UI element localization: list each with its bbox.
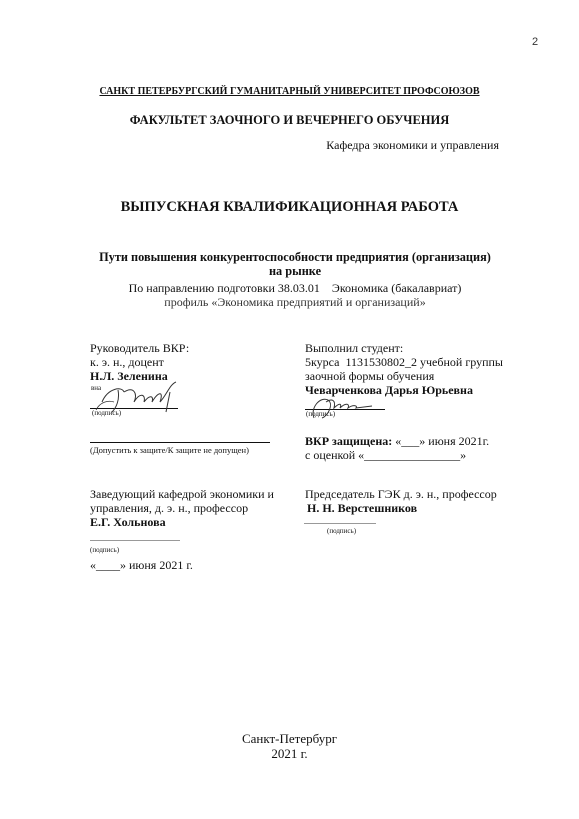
faculty-name: ФАКУЛЬТЕТ ЗАОЧНОГО И ВЕЧЕРНЕГО ОБУЧЕНИЯ — [0, 113, 579, 128]
student-study-form: заочной формы обучения — [305, 369, 503, 383]
supervisor-signature-caption: (подпись) — [92, 409, 121, 417]
student-block: Выполнил студент: 5курса 1131530802_2 уч… — [305, 341, 503, 397]
student-signature-caption: (подпись) — [306, 410, 335, 418]
student-label: Выполнил студент: — [305, 341, 503, 355]
university-name: САНКТ ПЕТЕРБУРГСКИЙ ГУМАНИТАРНЫЙ УНИВЕРС… — [0, 86, 579, 97]
student-course-group: 5курса 1131530802_2 учебной группы — [305, 355, 503, 369]
head-of-department-block: Заведующий кафедрой экономики и управлен… — [90, 487, 274, 529]
supervisor-label: Руководитель ВКР: — [90, 341, 189, 355]
head-signature-line — [90, 540, 180, 541]
defense-block: ВКР защищена: «___» июня 2021г. с оценко… — [305, 434, 489, 462]
supervisor-block: Руководитель ВКР: к. э. н., доцент Н.Л. … — [90, 341, 189, 383]
supervisor-degree: к. э. н., доцент — [90, 355, 189, 369]
document-title: ВЫПУСКНАЯ КВАЛИФИКАЦИОННАЯ РАБОТА — [0, 199, 579, 216]
defense-label: ВКР защищена: — [305, 434, 392, 448]
study-direction: По направлению подготовки 38.03.01 Эконо… — [60, 281, 530, 295]
defense-date: «___» июня 2021г. — [395, 434, 489, 448]
chair-title: Председатель ГЭК д. э. н., профессор — [305, 487, 497, 501]
admission-line — [90, 442, 270, 443]
head-title-line2: управления, д. э. н., профессор — [90, 501, 274, 515]
chair-signature-caption: (подпись) — [327, 527, 356, 535]
department-name: Кафедра экономики и управления — [326, 138, 499, 153]
page-number: 2 — [532, 36, 538, 48]
head-title-line1: Заведующий кафедрой экономики и — [90, 487, 274, 501]
defense-grade: с оценкой «________________» — [305, 448, 489, 462]
admission-caption: (Допустить к защите/К защите не допущен) — [90, 445, 249, 455]
head-date: «____» июня 2021 г. — [90, 558, 193, 572]
city: Санкт-Петербург — [0, 731, 579, 746]
thesis-topic: Пути повышения конкурентоспособности пре… — [95, 250, 495, 278]
study-profile: профиль «Экономика предприятий и организ… — [60, 295, 530, 309]
footer: Санкт-Петербург 2021 г. — [0, 731, 579, 761]
chair-signature-line — [304, 523, 376, 524]
commission-chair-block: Председатель ГЭК д. э. н., профессор Н. … — [305, 487, 497, 515]
head-signature-caption: (подпись) — [90, 546, 119, 554]
year: 2021 г. — [0, 746, 579, 761]
chair-name: Н. Н. Верстешников — [305, 501, 497, 515]
head-name: Е.Г. Хольнова — [90, 515, 274, 529]
